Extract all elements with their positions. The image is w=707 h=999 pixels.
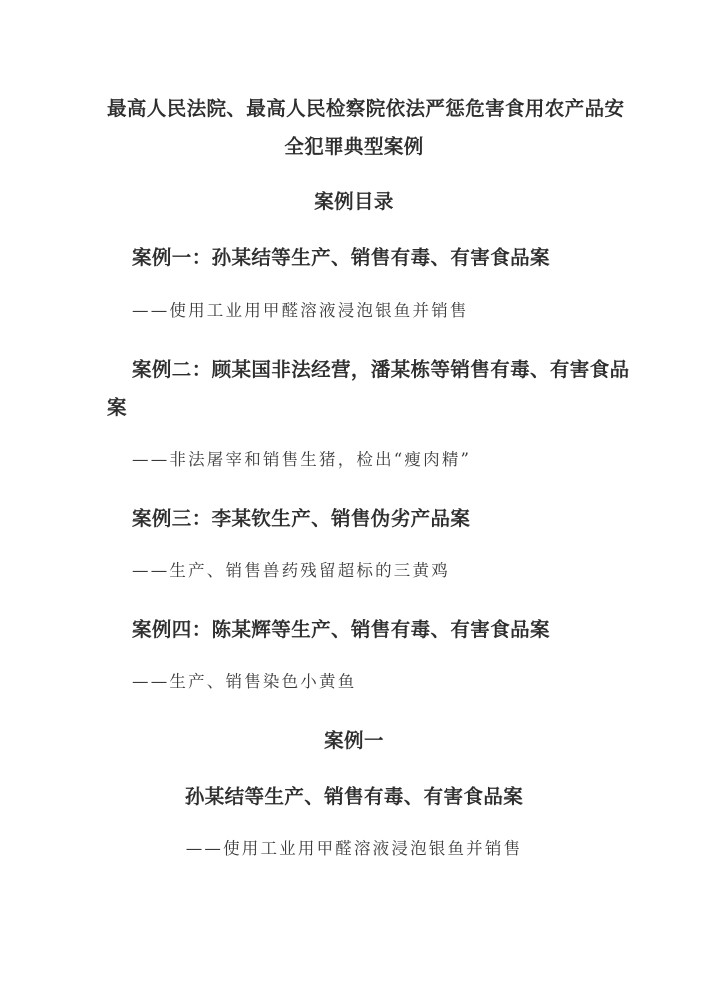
toc-item-3-title: 案例三：李某钦生产、销售伪劣产品案 <box>132 503 470 531</box>
toc-item-2-title-line-1: 案例二：顾某国非法经营，潘某栋等销售有毒、有害食品 <box>132 354 630 382</box>
case-1-subtitle: ——使用工业用甲醛溶液浸泡银鱼并销售 <box>107 835 601 859</box>
case-1-title: 孙某结等生产、销售有毒、有害食品案 <box>107 781 601 809</box>
toc-item-4-subtitle: ——生产、销售染色小黄鱼 <box>132 668 356 692</box>
case-1-label: 案例一 <box>107 725 601 753</box>
toc-item-4-title: 案例四：陈某辉等生产、销售有毒、有害食品案 <box>132 614 550 642</box>
toc-item-3-subtitle: ——生产、销售兽药残留超标的三黄鸡 <box>132 557 450 581</box>
toc-item-1-title: 案例一：孙某结等生产、销售有毒、有害食品案 <box>132 242 550 270</box>
toc-heading: 案例目录 <box>107 186 601 214</box>
toc-item-2-title-line-2: 案 <box>107 392 127 420</box>
toc-item-2-subtitle: ——非法屠宰和销售生猪，检出“瘦肉精” <box>132 446 471 470</box>
document-title-line-1: 最高人民法院、最高人民检察院依法严惩危害食用农产品安 <box>107 93 624 121</box>
toc-item-1-subtitle: ——使用工业用甲醛溶液浸泡银鱼并销售 <box>132 297 469 321</box>
document-title-line-2: 全犯罪典型案例 <box>107 131 601 159</box>
